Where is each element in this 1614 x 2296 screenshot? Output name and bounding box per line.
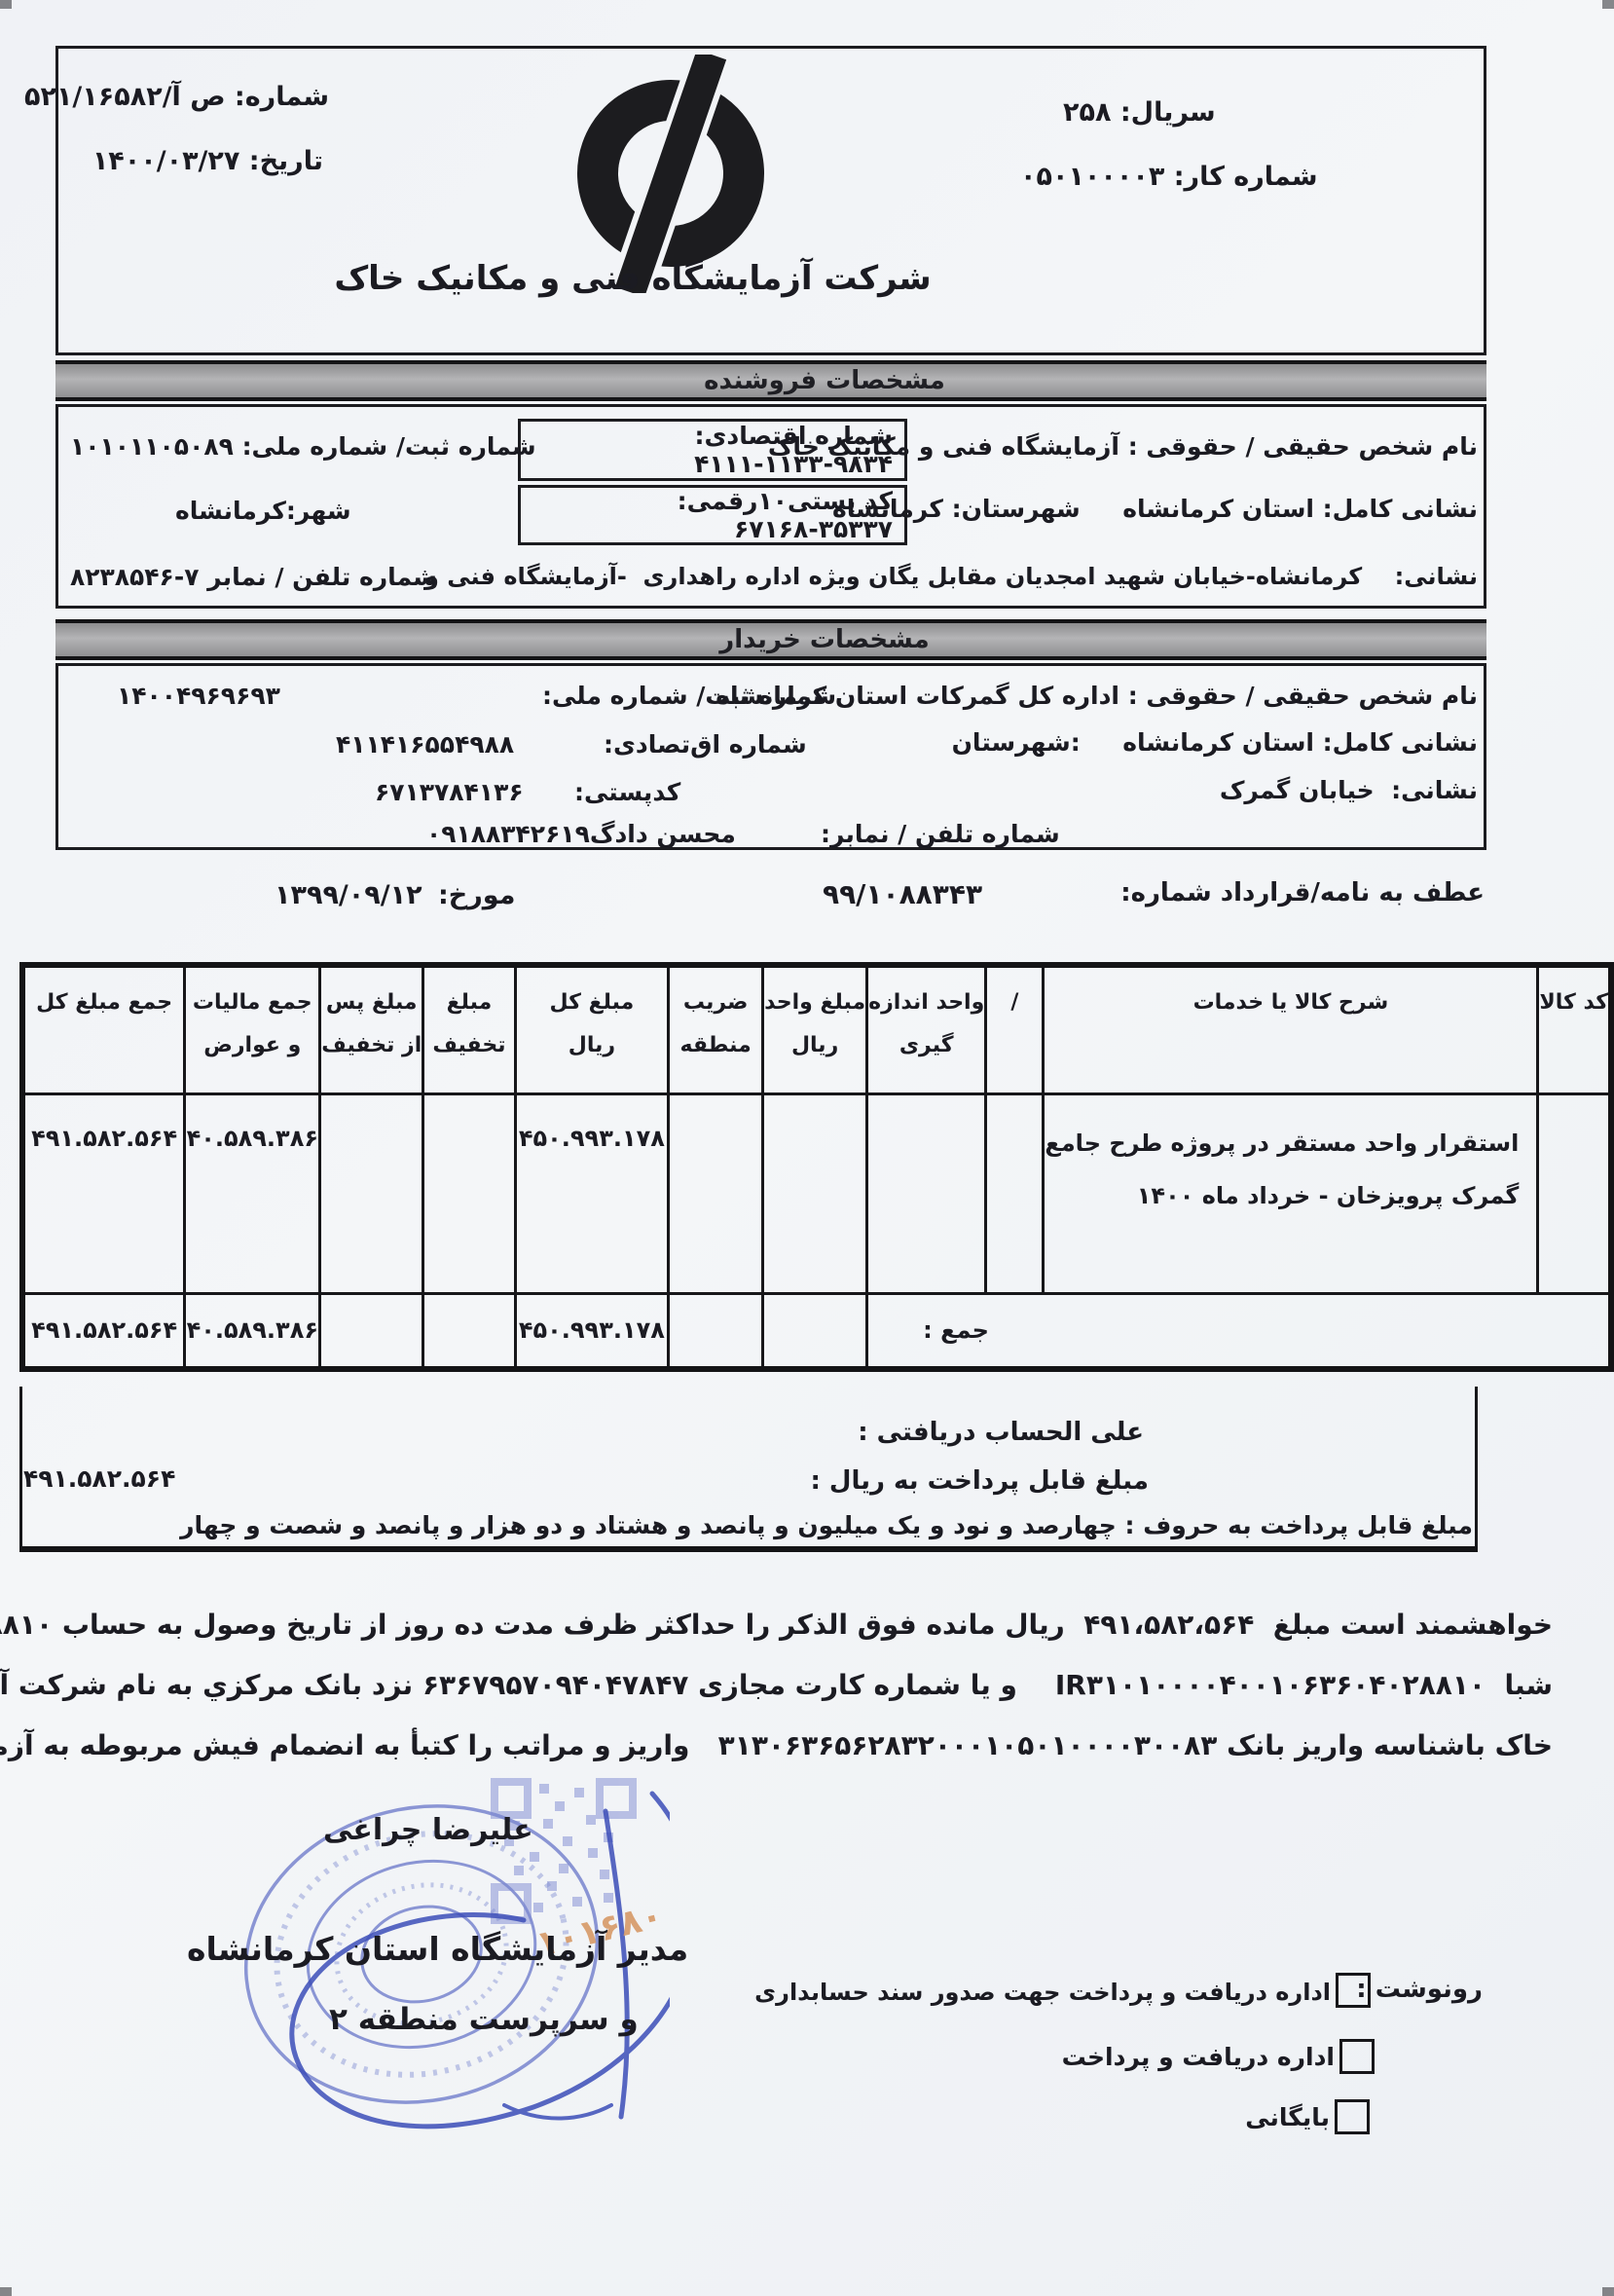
request-line-1: خواهشمند است مبلغ ۴۹۱،۵۸۲،۵۶۴ ریال مانده…	[0, 1609, 1553, 1641]
cell-sum-grand: ۴۹۱.۵۸۲.۵۶۴	[22, 1293, 185, 1369]
cell-item-discount	[423, 1093, 515, 1293]
seller-postal-code-box: کد پستی۱۰رقمی: ۳۵۳۳۷-۶۷۱۶۸	[518, 485, 907, 545]
seller-economic-number: شماره اقتصادی: ۹۸۳۴-۱۱۳۳-۴۱۱۱	[521, 422, 893, 478]
work-number: شماره کار: ۰۵۰۱۰۰۰۰۳	[1020, 162, 1318, 192]
scanned-invoice-page: شماره: ص آ/۵۲۱/۱۶۵۸۲ تاریخ: ۱۴۰۰/۰۳/۲۷ س…	[0, 0, 1614, 2296]
items-table: کد کالا شرح کالا یا خدمات / واحد اندازه …	[19, 962, 1614, 1372]
doc-number: شماره: ص آ/۵۲۱/۱۶۵۸۲	[58, 82, 329, 112]
corner-mark	[0, 2287, 12, 2296]
seller-postal-code: کد پستی۱۰رقمی: ۳۵۳۳۷-۶۷۱۶۸	[521, 487, 893, 543]
buyer-section-header: مشخصات خریدار	[55, 619, 1486, 660]
signer-title-1: مدیر آزمایشگاه استان کرمانشاه	[187, 1930, 688, 1968]
cell-item-grand: ۴۹۱.۵۸۲.۵۶۴	[22, 1093, 185, 1293]
col-header-slash: /	[986, 965, 1044, 1093]
reference-label: عطف به نامه/قرارداد شماره:	[1120, 878, 1485, 907]
seller-registration-number: شماره ثبت/ شماره ملی: ۱۰۱۰۱۱۰۵۰۸۹	[70, 432, 536, 461]
col-header-total-amount: مبلغ کل ریال	[515, 965, 669, 1093]
company-logo	[557, 55, 786, 293]
buyer-postal-label: کدپستی:	[574, 778, 680, 806]
col-header-grand-total: جمع مبلغ کل	[22, 965, 185, 1093]
cell-item-unit-price	[763, 1093, 867, 1293]
cell-item-unit	[867, 1093, 986, 1293]
cell-sum-discount	[423, 1293, 515, 1369]
serial-number: سریال: ۲۵۸	[1063, 97, 1216, 128]
col-header-after-discount: مبلغ پس از تخفیف	[320, 965, 423, 1093]
doc-date: تاریخ: ۱۴۰۰/۰۳/۲۷	[58, 146, 323, 176]
seller-address: نشانی: کرمانشاه-خیابان شهید امجدیان مقاب…	[424, 563, 1478, 590]
buyer-economic-value: ۴۱۱۴۱۶۵۵۴۹۸۸	[336, 730, 514, 759]
corner-mark	[1602, 2287, 1614, 2296]
buyer-address-full: نشانی کامل: استان کرمانشاه :شهرستان	[952, 728, 1478, 757]
cell-sum-label: جمع :	[867, 1293, 1611, 1369]
seller-section-header: مشخصات فروشنده	[55, 360, 1486, 401]
reference-number: ۹۹/۱۰۸۸۳۴۳	[823, 878, 982, 910]
reference-date-label: مورخ:	[438, 880, 515, 910]
distribution-checkbox-1	[1336, 1973, 1371, 2008]
seller-address-full: نشانی کامل: استان کرمانشاه شهرستان: کرما…	[832, 495, 1478, 523]
cell-sum-region-factor	[669, 1293, 763, 1369]
seller-city: شهر:کرمانشاه	[175, 497, 351, 525]
cell-sum-unit-price	[763, 1293, 867, 1369]
buyer-economic-label: شماره اق‌تصادی:	[604, 730, 807, 759]
corner-mark	[1602, 0, 1614, 9]
distribution-checkbox-2	[1339, 2039, 1375, 2074]
cell-item-region-factor	[669, 1093, 763, 1293]
col-header-discount: مبلغ تخفیف	[423, 965, 515, 1093]
buyer-registration-value: ۱۴۰۰۴۹۶۹۶۹۳	[117, 682, 280, 710]
buyer-phone-label: شماره تلفن / نمابر:	[821, 820, 1060, 848]
amount-in-words: مبلغ قابل پرداخت به حروف : چهارصد و نود …	[180, 1511, 1473, 1539]
cell-item-after-discount	[320, 1093, 423, 1293]
cell-item-tax: ۴۰.۵۸۹.۳۸۶	[185, 1093, 320, 1293]
signer-title-2: و سرپرست منطقه ۲	[329, 2002, 639, 2037]
payable-label: مبلغ قابل پرداخت به ریال :	[810, 1466, 1149, 1496]
col-header-unit-price: مبلغ واحد ریال	[763, 965, 867, 1093]
col-header-item-code: کد کالا	[1538, 965, 1611, 1093]
col-header-tax: جمع مالیات و عوارض	[185, 965, 320, 1093]
seller-economic-number-box: شماره اقتصادی: ۹۸۳۴-۱۱۳۳-۴۱۱۱	[518, 419, 907, 481]
cell-sum-tax: ۴۰.۵۸۹.۳۸۶	[185, 1293, 320, 1369]
request-line-2: شبا IR۳۱۰۱۰۰۰۰۴۰۰۱۰۶۳۶۰۴۰۲۸۸۱۰ و یا شمار…	[0, 1669, 1553, 1701]
buyer-phone-value: ۰۹۱۸۸۳۴۲۶۱۹محسن دادگ	[426, 820, 736, 848]
cell-item-total: ۴۵۰.۹۹۳.۱۷۸	[515, 1093, 669, 1293]
on-account-label: علی الحساب دریافتی :	[858, 1418, 1144, 1447]
distribution-label: رونوشت :	[1356, 1975, 1483, 2004]
company-name: شرکت آزمایشگاه فنی و مکانیک خاک	[312, 259, 954, 298]
buyer-address: نشانی: خیابان گمرک	[1220, 776, 1478, 804]
distribution-checkbox-3	[1335, 2099, 1370, 2134]
buyer-registration-label: شماره ثبت/ شماره ملی:	[542, 682, 836, 710]
cell-item-slash	[986, 1093, 1044, 1293]
buyer-postal-value: ۶۷۱۳۷۸۴۱۳۶	[375, 778, 524, 806]
distribution-item-3: بایگانی	[1245, 2103, 1330, 2131]
distribution-item-2: اداره دریافت و پرداخت	[1062, 2043, 1335, 2071]
payable-value: ۴۹۱.۵۸۲.۵۶۴	[23, 1464, 175, 1493]
reference-date-value: ۱۳۹۹/۰۹/۱۲	[275, 880, 422, 910]
distribution-item-1: اداره دریافت و پرداخت جهت صدور سند حسابد…	[754, 1979, 1331, 2006]
signer-name: علیرضا چراغی	[323, 1813, 533, 1847]
cell-sum-total: ۴۵۰.۹۹۳.۱۷۸	[515, 1293, 669, 1369]
cell-item-code	[1538, 1093, 1611, 1293]
seller-phone: شماره تلفن / نمابر ۷-۸۲۳۸۵۴۶	[70, 563, 437, 591]
col-header-unit: واحد اندازه گیری	[867, 965, 986, 1093]
cell-item-description: استقرار واحد مستقر در پروژه طرح جامع گمر…	[1044, 1093, 1538, 1293]
corner-mark	[0, 0, 12, 9]
col-header-region-factor: ضریب منطقه	[669, 965, 763, 1093]
cell-sum-after-discount	[320, 1293, 423, 1369]
col-header-description: شرح کالا یا خدمات	[1044, 965, 1538, 1093]
